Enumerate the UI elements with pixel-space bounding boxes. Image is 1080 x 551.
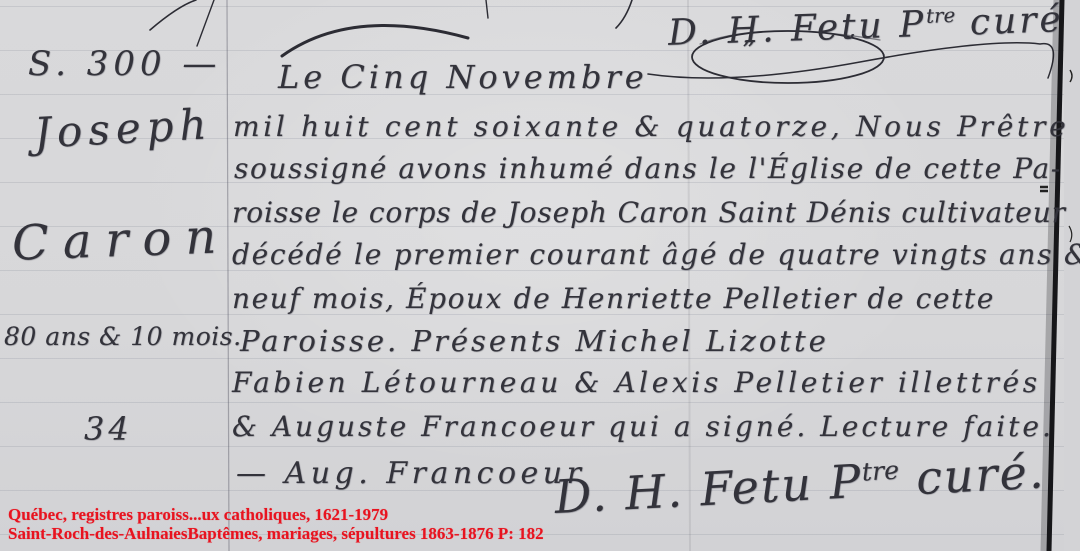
record-line-9: & Auguste Francoeur qui a signé. Lecture… xyxy=(232,410,1054,443)
margin-entry-code: S. 300 — xyxy=(28,44,221,84)
margin-surname: Caron xyxy=(11,208,231,272)
caption-parish-reference: Saint-Roch-des-AulnaiesBaptêmes, mariage… xyxy=(8,524,544,543)
register-scan-page: S. 300 — Joseph Caron 80 ans & 10 mois. … xyxy=(0,0,1080,551)
record-line-5: décédé le premier courant âgé de quatre … xyxy=(232,238,1080,271)
margin-age-note: 80 ans & 10 mois. xyxy=(4,322,242,351)
witness-signature: — Aug. Francoeur xyxy=(236,456,585,491)
record-line-1: Le Cinq Novembre xyxy=(278,58,648,96)
margin-entry-number: 34 xyxy=(84,410,133,448)
record-line-7: Paroisse. Présents Michel Lizotte xyxy=(240,324,829,358)
ditto-mark: ” xyxy=(742,36,755,66)
record-line-6: neuf mois, Époux de Henriette Pelletier … xyxy=(232,282,995,315)
record-line-8: Fabien Létourneau & Alexis Pelletier ill… xyxy=(232,366,1041,399)
record-line-3: soussigné avons inhumé dans le l'Église … xyxy=(234,152,1062,185)
record-line-2: mil huit cent soixante & quatorze, Nous … xyxy=(233,110,1069,143)
margin-given-name: Joseph xyxy=(33,99,214,157)
caption-collection-title: Québec, registres paroiss...ux catholiqu… xyxy=(8,505,544,524)
archive-caption: Québec, registres paroiss...ux catholiqu… xyxy=(8,505,544,543)
top-signature-tail: curé xyxy=(955,0,1065,44)
bottom-signature-tail: curé. xyxy=(898,444,1046,506)
bottom-signature-superscript: tre xyxy=(861,456,900,487)
top-signature-superscript: tre xyxy=(926,4,956,28)
record-line-4: roisse le corps de Joseph Caron Saint Dé… xyxy=(232,196,1066,229)
